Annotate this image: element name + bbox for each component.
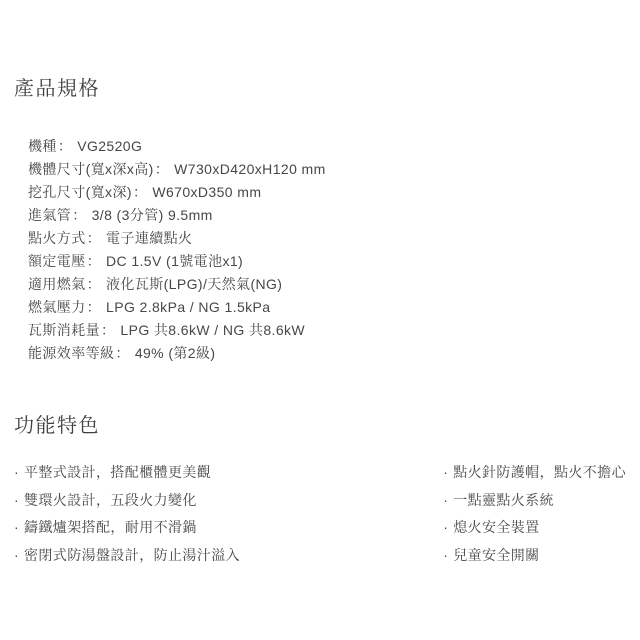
bullet-icon: · — [443, 459, 453, 487]
spec-value: LPG 共8.6kW / NG 共8.6kW — [120, 322, 305, 338]
spec-label: 機種 — [28, 138, 57, 154]
spec-row-voltage: 額定電壓：DC 1.5V (1號電池x1) — [28, 250, 626, 273]
feature-text: 熄火安全裝置 — [453, 519, 539, 535]
spec-label: 額定電壓 — [28, 253, 86, 269]
features-section-title: 功能特色 — [14, 415, 626, 437]
spec-label: 機體尺寸(寬x深x高) — [28, 161, 154, 177]
spec-value: W730xD420xH120 mm — [174, 161, 326, 177]
feature-item: ·熄火安全裝置 — [443, 514, 626, 542]
feature-item: ·一點靈點火系統 — [443, 487, 626, 515]
spec-separator: ： — [115, 345, 129, 361]
bullet-icon: · — [14, 487, 24, 515]
features-column-left: ·平整式設計，搭配櫃體更美觀 ·雙環火設計，五段火力變化 ·鑄鐵爐架搭配，耐用不… — [14, 459, 443, 569]
spec-label: 挖孔尺寸(寬x深) — [28, 184, 132, 200]
feature-text: 雙環火設計，五段火力變化 — [24, 492, 197, 508]
spec-value: W670xD350 mm — [152, 184, 261, 200]
features-columns: ·平整式設計，搭配櫃體更美觀 ·雙環火設計，五段火力變化 ·鑄鐵爐架搭配，耐用不… — [14, 459, 626, 569]
spec-row-gas-type: 適用燃氣：液化瓦斯(LPG)/天然氣(NG) — [28, 273, 626, 296]
spec-value: 3/8 (3分管) 9.5mm — [92, 207, 213, 223]
spec-label: 進氣管 — [28, 207, 71, 223]
bullet-icon: · — [14, 459, 24, 487]
spec-list: 機種：VG2520G 機體尺寸(寬x深x高)：W730xD420xH120 mm… — [28, 135, 626, 365]
feature-text: 點火針防護帽，點火不擔心 — [453, 464, 626, 480]
spec-row-gas-consumption: 瓦斯消耗量：LPG 共8.6kW / NG 共8.6kW — [28, 319, 626, 342]
spec-separator: ： — [87, 230, 101, 246]
spec-separator: ： — [72, 207, 86, 223]
spec-row-inlet-pipe: 進氣管：3/8 (3分管) 9.5mm — [28, 204, 626, 227]
spec-row-body-size: 機體尺寸(寬x深x高)：W730xD420xH120 mm — [28, 158, 626, 181]
bullet-icon: · — [443, 542, 453, 570]
spec-value: VG2520G — [77, 138, 142, 154]
feature-text: 密閉式防湯盤設計，防止湯汁溢入 — [24, 547, 240, 563]
spec-row-energy-rating: 能源效率等級：49% (第2級) — [28, 342, 626, 365]
spec-label: 適用燃氣 — [28, 276, 86, 292]
spec-row-ignition: 點火方式：電子連續點火 — [28, 227, 626, 250]
features-column-right: ·點火針防護帽，點火不擔心 ·一點靈點火系統 ·熄火安全裝置 ·兒童安全開關 — [443, 459, 626, 569]
feature-item: ·密閉式防湯盤設計，防止湯汁溢入 — [14, 542, 443, 570]
feature-text: 兒童安全開關 — [453, 547, 539, 563]
bullet-icon: · — [14, 514, 24, 542]
spec-label: 燃氣壓力 — [28, 299, 86, 315]
spec-label: 點火方式 — [28, 230, 86, 246]
spec-separator: ： — [87, 276, 101, 292]
feature-item: ·鑄鐵爐架搭配，耐用不滑鍋 — [14, 514, 443, 542]
spec-value: 液化瓦斯(LPG)/天然氣(NG) — [106, 276, 282, 292]
spec-separator: ： — [87, 299, 101, 315]
spec-separator: ： — [155, 161, 169, 177]
feature-text: 鑄鐵爐架搭配，耐用不滑鍋 — [24, 519, 197, 535]
spec-label: 能源效率等級 — [28, 345, 114, 361]
bullet-icon: · — [443, 487, 453, 515]
spec-label: 瓦斯消耗量 — [28, 322, 100, 338]
feature-item: ·平整式設計，搭配櫃體更美觀 — [14, 459, 443, 487]
spec-row-model: 機種：VG2520G — [28, 135, 626, 158]
spec-value: 電子連續點火 — [106, 230, 192, 246]
spec-separator: ： — [87, 253, 101, 269]
spec-value: LPG 2.8kPa / NG 1.5kPa — [106, 299, 270, 315]
spec-row-cutout-size: 挖孔尺寸(寬x深)：W670xD350 mm — [28, 181, 626, 204]
spec-value: DC 1.5V (1號電池x1) — [106, 253, 243, 269]
feature-item: ·兒童安全開關 — [443, 542, 626, 570]
bullet-icon: · — [14, 542, 24, 570]
spec-row-gas-pressure: 燃氣壓力：LPG 2.8kPa / NG 1.5kPa — [28, 296, 626, 319]
product-detail-page: 產品規格 機種：VG2520G 機體尺寸(寬x深x高)：W730xD420xH1… — [0, 0, 640, 640]
spec-separator: ： — [133, 184, 147, 200]
feature-text: 一點靈點火系統 — [453, 492, 554, 508]
bullet-icon: · — [443, 514, 453, 542]
feature-item: ·點火針防護帽，點火不擔心 — [443, 459, 626, 487]
spec-separator: ： — [101, 322, 115, 338]
spec-separator: ： — [58, 138, 72, 154]
specs-section-title: 產品規格 — [14, 78, 626, 100]
feature-text: 平整式設計，搭配櫃體更美觀 — [24, 464, 211, 480]
feature-item: ·雙環火設計，五段火力變化 — [14, 487, 443, 515]
spec-value: 49% (第2級) — [135, 345, 216, 361]
